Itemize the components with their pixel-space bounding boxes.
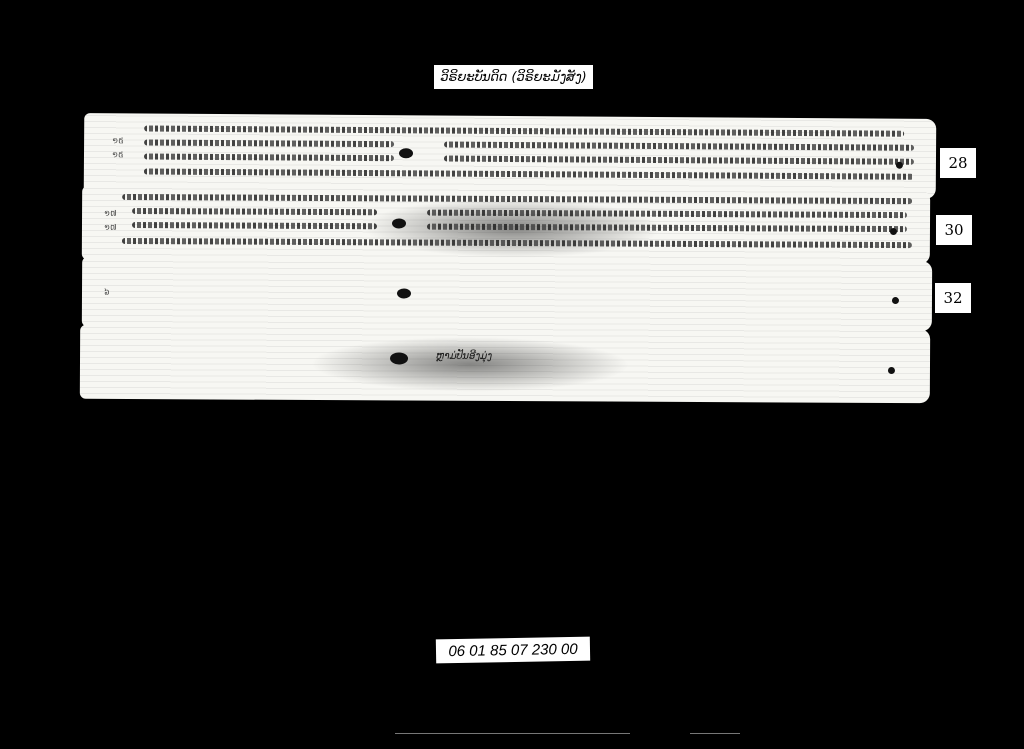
script-line (132, 222, 377, 229)
binding-hole (896, 162, 903, 169)
stain (310, 336, 630, 393)
binding-hole (392, 218, 406, 228)
binding-hole (390, 352, 408, 364)
binding-hole (890, 228, 897, 235)
palm-leaf-2: ១៧ ១៧ (82, 186, 930, 264)
leaf-grain (82, 257, 932, 331)
margin-number: ៦ (104, 287, 110, 299)
binding-hole (399, 148, 413, 158)
title-label: ວິຣິຍະບັນດິດ (ວິຣິຍະມັງສັງ) (434, 65, 593, 89)
margin-number: ១៥ (112, 135, 124, 147)
cover-title: ຫຼາມ່ປັນອີງມຸ່ງ (436, 351, 492, 362)
page-number-label: 30 (936, 215, 972, 245)
binding-hole (888, 367, 895, 374)
margin-number: ១៥ (112, 149, 124, 161)
script-line (132, 208, 377, 215)
margin-number: ១៧ (104, 208, 117, 220)
page-number-label: 32 (935, 283, 971, 313)
palm-leaf-3: ៦ (82, 257, 932, 331)
page-number-label: 28 (940, 148, 976, 178)
margin-number: ១៧ (104, 222, 117, 234)
binding-hole (892, 297, 899, 304)
scan-artifact-line (690, 733, 740, 734)
scan-artifact-line (395, 733, 630, 734)
palm-leaf-cover: ຫຼາມ່ປັນອີງມຸ່ງ (80, 325, 930, 403)
archive-code-label: 06 01 85 07 230 00 (436, 637, 590, 664)
binding-hole (397, 288, 411, 298)
